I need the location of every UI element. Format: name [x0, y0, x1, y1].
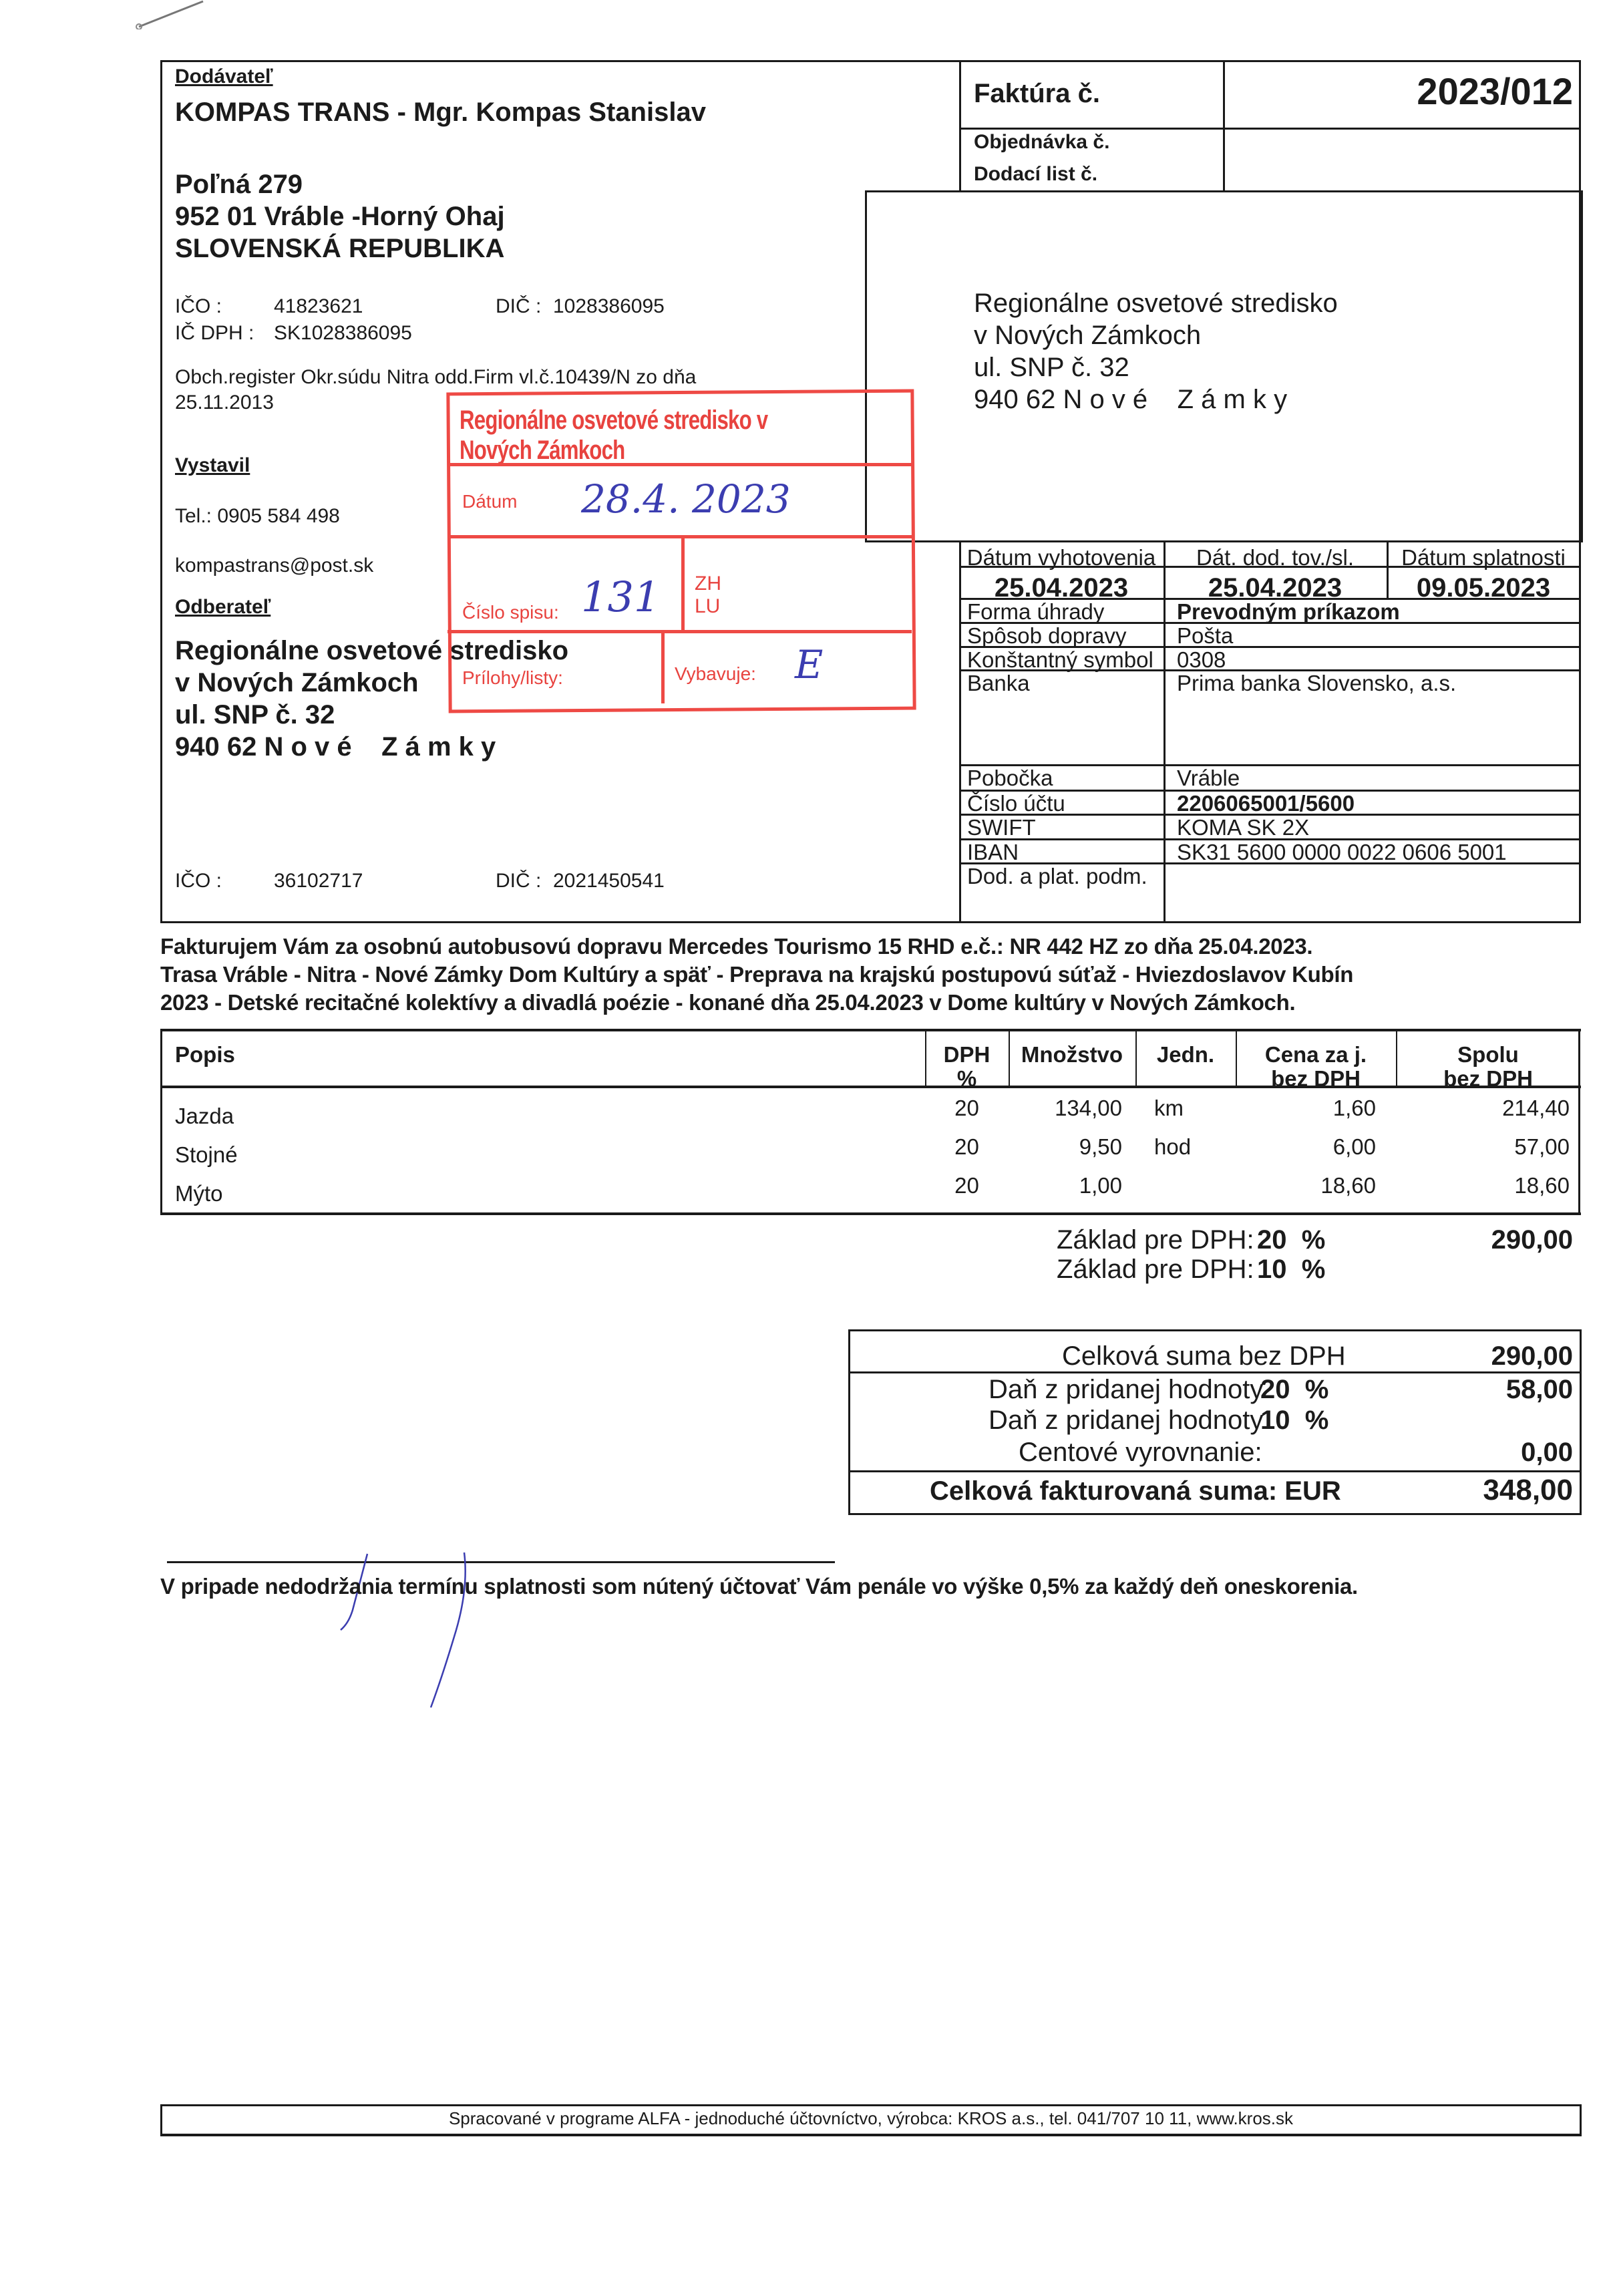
customer-name-line2: v Nových Zámkoch [175, 668, 419, 698]
supplier-country: SLOVENSKÁ REPUBLIKA [175, 234, 504, 264]
payment-value-1: Pošta [1177, 623, 1233, 649]
header-unit: Jedn. [1135, 1042, 1236, 1068]
item-quantity: 9,50 [1009, 1134, 1122, 1160]
item-total: 214,40 [1396, 1096, 1570, 1121]
payment-label-1: Spôsob dopravy [967, 623, 1127, 649]
customer-dic: 2021450541 [553, 870, 665, 892]
registry-stamp: Regionálne osvetové stredisko v Nových Z… [448, 391, 915, 715]
customer-ico-label: IČO : [175, 870, 222, 892]
supplier-dic: 1028386095 [553, 295, 665, 318]
stamp-code-line1: ZH [695, 572, 721, 595]
payment-value-7: SK31 5600 0000 0022 0606 5001 [1177, 840, 1507, 865]
table-rule [959, 764, 1581, 766]
table-rule [959, 669, 1581, 671]
stamp-title: Regionálne osvetové stredisko v Nových Z… [460, 405, 815, 466]
header-total: Spolu [1396, 1042, 1580, 1068]
item-unit-price: 1,60 [1236, 1096, 1376, 1121]
invoice-number: 2023/012 [1229, 69, 1573, 113]
vat20-value: 58,00 [1376, 1375, 1573, 1405]
description-line1: Fakturujem Vám za osobnú autobusovú dopr… [160, 934, 1312, 959]
table-rule [160, 1029, 1581, 1031]
stamp-file-label: Číslo spisu: [462, 602, 559, 623]
vat-base-10-rate: 10 % [1257, 1255, 1325, 1285]
rounding-value: 0,00 [1376, 1438, 1573, 1468]
description-line2: Trasa Vráble - Nitra - Nové Zámky Dom Ku… [160, 962, 1353, 987]
address-line4: 940 62 N o v é Z á m k y [974, 385, 1287, 415]
item-quantity: 1,00 [1009, 1173, 1122, 1198]
payment-label-6: SWIFT [967, 815, 1036, 840]
description-line3: 2023 - Detské recitačné kolektívy a diva… [160, 990, 1295, 1015]
payment-value-3: Prima banka Slovensko, a.s. [1177, 671, 1456, 696]
payment-value-4: Vráble [1177, 766, 1240, 791]
issued-by-label: Vystavil [175, 454, 250, 477]
payment-value-5: 2206065001/5600 [1177, 791, 1355, 816]
order-number-label: Objednávka č. [974, 131, 1109, 154]
supplier-register-line2: 25.11.2013 [175, 391, 274, 414]
signature-line [167, 1561, 835, 1563]
item-quantity: 134,00 [1009, 1096, 1122, 1121]
address-line1: Regionálne osvetové stredisko [974, 289, 1338, 319]
item-vat: 20 [925, 1096, 1009, 1121]
vat10-rate: 10 % [1260, 1406, 1328, 1436]
net-total-value: 290,00 [1376, 1341, 1573, 1371]
item-description: Jazda [175, 1104, 234, 1129]
vat10-label: Daň z pridanej hodnoty [989, 1406, 1263, 1436]
payment-label-5: Číslo účtu [967, 791, 1065, 816]
payment-label-0: Forma úhrady [967, 599, 1104, 625]
stamp-file-number-handwritten: 131 [581, 572, 660, 621]
payment-label-8: Dod. a plat. podm. [967, 864, 1147, 889]
table-rule [959, 622, 1581, 624]
delivery-note-label: Dodací list č. [974, 163, 1097, 186]
table-rule [959, 646, 1581, 648]
supplier-ico: 41823621 [274, 295, 363, 318]
item-vat: 20 [925, 1173, 1009, 1198]
vat-base-10-label: Základ pre DPH: [1057, 1255, 1254, 1285]
supplier-name: KOMPAS TRANS - Mgr. Kompas Stanislav [175, 98, 706, 128]
item-unit: km [1154, 1096, 1184, 1121]
vat20-rate: 20 % [1260, 1375, 1328, 1405]
rounding-label: Centové vyrovnanie: [1019, 1438, 1262, 1468]
table-rule [959, 566, 1581, 568]
table-rule [160, 1029, 162, 1214]
header-total-sub: bez DPH [1396, 1066, 1580, 1092]
stamp-code-line2: LU [695, 595, 720, 618]
item-vat: 20 [925, 1134, 1009, 1160]
item-total: 57,00 [1396, 1134, 1570, 1160]
vat-base-20-label: Základ pre DPH: [1057, 1225, 1254, 1255]
table-rule [959, 862, 1581, 864]
customer-city: 940 62 N o v é Z á m k y [175, 732, 496, 762]
payment-label-3: Banka [967, 671, 1030, 696]
item-unit: hod [1154, 1134, 1191, 1160]
penalty-note: V pripade nedodržania termínu splatnosti… [160, 1574, 1358, 1599]
scan-corner-mark [134, 0, 207, 29]
footer-text: Spracované v programe ALFA - jednoduché … [160, 2108, 1582, 2129]
payment-label-7: IBAN [967, 840, 1019, 865]
header-description: Popis [175, 1042, 235, 1068]
supplier-section-label: Dodávateľ [175, 65, 273, 88]
grand-total-label: Celková fakturovaná suma: EUR [930, 1476, 1341, 1506]
vat-base-20-value: 290,00 [1376, 1225, 1573, 1255]
customer-street: ul. SNP č. 32 [175, 700, 335, 730]
table-rule [959, 814, 1581, 816]
stamp-date-label: Dátum [462, 491, 517, 512]
supplier-icdph: SK1028386095 [274, 322, 412, 345]
item-description: Mýto [175, 1181, 223, 1206]
customer-ico: 36102717 [274, 870, 363, 892]
address-line3: ul. SNP č. 32 [974, 353, 1129, 383]
stamp-handler-handwritten: E [795, 642, 823, 687]
customer-section-label: Odberateľ [175, 596, 271, 619]
header-quantity: Množstvo [1009, 1042, 1135, 1068]
payment-value-0: Prevodným príkazom [1177, 599, 1400, 625]
stamp-attachments-label: Prílohy/listy: [462, 667, 563, 689]
invoice-number-label: Faktúra č. [974, 79, 1100, 109]
table-rule [959, 790, 1581, 792]
supplier-email[interactable]: kompastrans@post.sk [175, 554, 373, 577]
supplier-phone: Tel.: 0905 584 498 [175, 505, 340, 528]
stamp-date-handwritten: 28.4. 2023 [581, 476, 791, 522]
net-total-label: Celková suma bez DPH [1062, 1341, 1346, 1371]
header-unit-price-sub: bez DPH [1236, 1066, 1396, 1092]
header-vat-percent: % [925, 1066, 1009, 1092]
item-unit-price: 6,00 [1236, 1134, 1376, 1160]
address-line2: v Nových Zámkoch [974, 321, 1201, 351]
item-description: Stojné [175, 1142, 238, 1168]
vat-base-20-rate: 20 % [1257, 1225, 1325, 1255]
header-vat: DPH [925, 1042, 1009, 1068]
supplier-street: Poľná 279 [175, 170, 303, 200]
payment-value-6: KOMA SK 2X [1177, 815, 1309, 840]
supplier-city: 952 01 Vráble -Horný Ohaj [175, 202, 505, 232]
table-rule [959, 838, 1581, 840]
item-unit-price: 18,60 [1236, 1173, 1376, 1198]
item-total: 18,60 [1396, 1173, 1570, 1198]
grand-total-value: 348,00 [1376, 1474, 1573, 1507]
table-rule [160, 1212, 1581, 1215]
header-unit-price: Cena za j. [1236, 1042, 1396, 1068]
vat20-label: Daň z pridanej hodnoty [989, 1375, 1263, 1405]
supplier-dic-label: DIČ : [496, 295, 541, 318]
payment-label-4: Pobočka [967, 766, 1053, 791]
table-rule [1387, 541, 1389, 599]
supplier-ico-label: IČO : [175, 295, 222, 318]
supplier-register-line1: Obch.register Okr.súdu Nitra odd.Firm vl… [175, 366, 696, 389]
supplier-icdph-label: IČ DPH : [175, 322, 254, 345]
stamp-handler-label: Vybavuje: [675, 663, 756, 685]
customer-dic-label: DIČ : [496, 870, 541, 892]
